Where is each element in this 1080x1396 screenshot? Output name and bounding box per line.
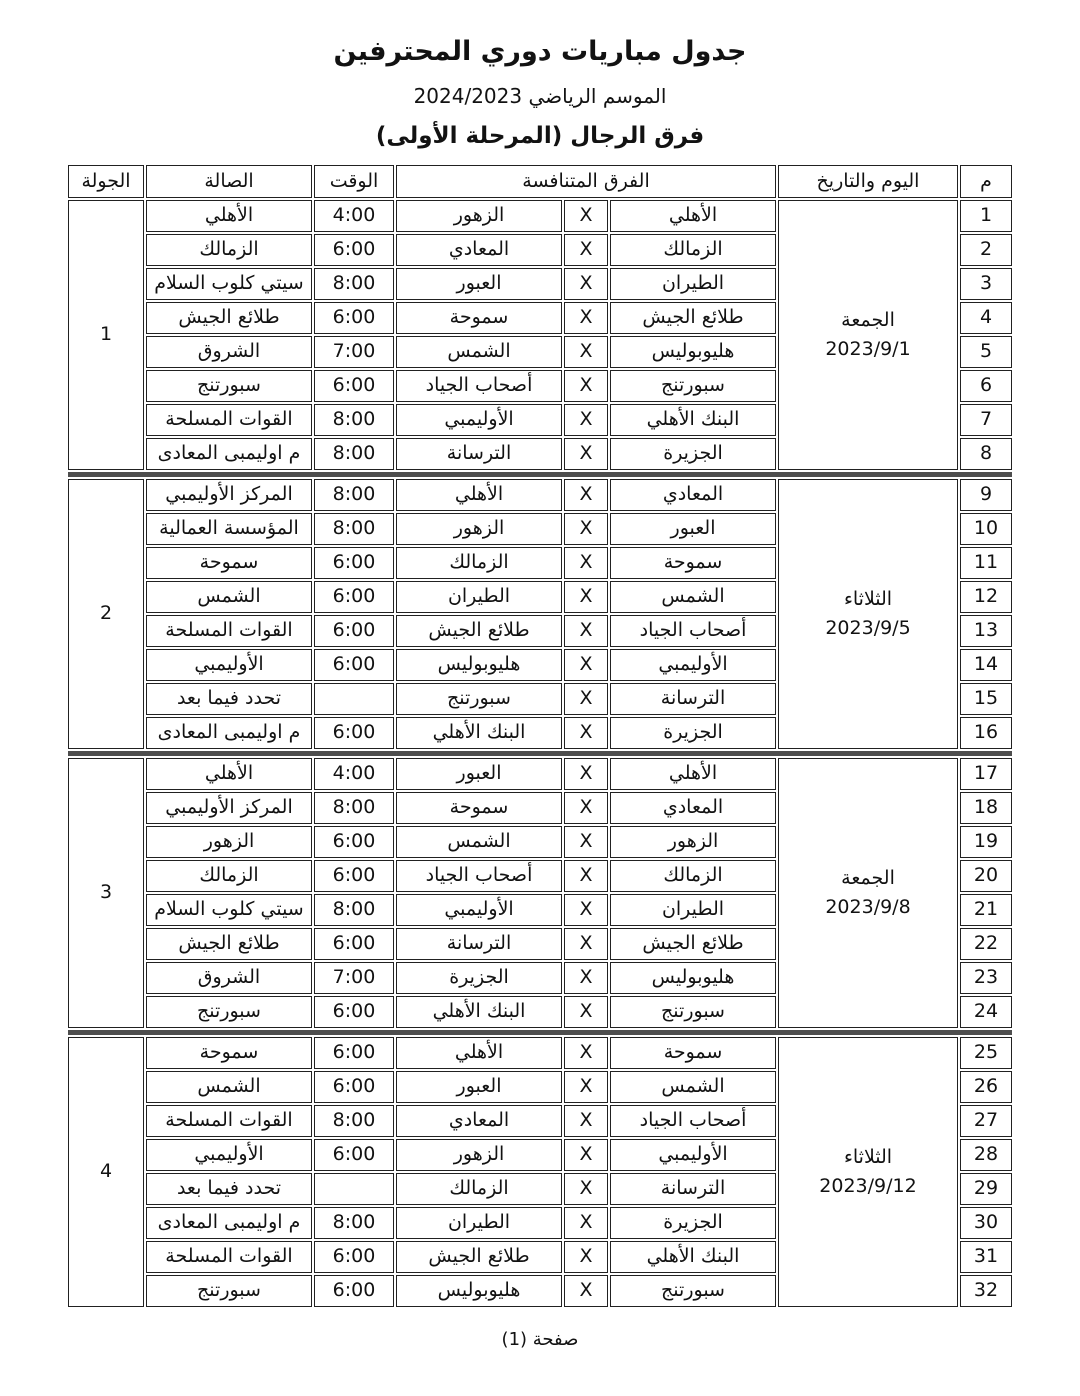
first-team: هليوبوليس xyxy=(610,962,776,994)
col-header-round: الجولة xyxy=(68,165,144,198)
match-number: 1 xyxy=(960,200,1012,232)
match-time: 6:00 xyxy=(314,234,394,266)
match-number: 25 xyxy=(960,1037,1012,1069)
match-time: 6:00 xyxy=(314,1275,394,1307)
second-team: هليوبوليس xyxy=(396,1275,562,1307)
hall-name: طلائع الجيش xyxy=(146,302,312,334)
second-team: الأوليمبي xyxy=(396,404,562,436)
match-time: 6:00 xyxy=(314,860,394,892)
match-number: 15 xyxy=(960,683,1012,715)
hall-name: القوات المسلحة xyxy=(146,1241,312,1273)
date-value: 2023/9/1 xyxy=(781,339,955,360)
page-number: صفحة (1) xyxy=(0,1329,1080,1350)
match-time xyxy=(314,683,394,715)
match-time: 6:00 xyxy=(314,928,394,960)
second-team: الزمالك xyxy=(396,547,562,579)
vs-mark: X xyxy=(564,513,608,545)
day-name: الثلاثاء xyxy=(781,589,955,610)
vs-mark: X xyxy=(564,1037,608,1069)
first-team: البنك الأهلي xyxy=(610,404,776,436)
vs-mark: X xyxy=(564,302,608,334)
hall-name: الشروق xyxy=(146,962,312,994)
match-number: 14 xyxy=(960,649,1012,681)
match-time: 8:00 xyxy=(314,479,394,511)
date-value: 2023/9/5 xyxy=(781,618,955,639)
vs-mark: X xyxy=(564,894,608,926)
match-time: 6:00 xyxy=(314,547,394,579)
match-number: 17 xyxy=(960,758,1012,790)
first-team: الأوليمبي xyxy=(610,649,776,681)
vs-mark: X xyxy=(564,1071,608,1103)
first-team: الزهور xyxy=(610,826,776,858)
match-number: 12 xyxy=(960,581,1012,613)
second-team: الشمس xyxy=(396,826,562,858)
first-team: سبورتنج xyxy=(610,996,776,1028)
vs-mark: X xyxy=(564,758,608,790)
day-date-cell: الثلاثاء2023/9/12 xyxy=(778,1037,958,1307)
match-number: 24 xyxy=(960,996,1012,1028)
second-team: سبورتنج xyxy=(396,683,562,715)
first-team: أصحاب الجياد xyxy=(610,615,776,647)
match-number: 29 xyxy=(960,1173,1012,1205)
hall-name: الزمالك xyxy=(146,234,312,266)
second-team: الترسانة xyxy=(396,438,562,470)
match-number: 10 xyxy=(960,513,1012,545)
first-team: الجزيرة xyxy=(610,438,776,470)
second-team: الطيران xyxy=(396,1207,562,1239)
day-name: الجمعة xyxy=(781,868,955,889)
first-team: طلائع الجيش xyxy=(610,302,776,334)
match-time: 4:00 xyxy=(314,200,394,232)
second-team: البنك الأهلي xyxy=(396,717,562,749)
vs-mark: X xyxy=(564,336,608,368)
match-time: 4:00 xyxy=(314,758,394,790)
schedule-table: م اليوم والتاريخ الفرق المتنافسة الوقت ا… xyxy=(66,163,1014,1309)
vs-mark: X xyxy=(564,962,608,994)
second-team: أصحاب الجياد xyxy=(396,860,562,892)
day-date-cell: الجمعة2023/9/1 xyxy=(778,200,958,470)
hall-name: المركز الأوليمبي xyxy=(146,792,312,824)
vs-mark: X xyxy=(564,683,608,715)
match-time: 6:00 xyxy=(314,1071,394,1103)
first-team: الأهلي xyxy=(610,758,776,790)
vs-mark: X xyxy=(564,860,608,892)
match-number: 11 xyxy=(960,547,1012,579)
second-team: الزمالك xyxy=(396,1173,562,1205)
hall-name: سبورتنج xyxy=(146,1275,312,1307)
match-time: 6:00 xyxy=(314,717,394,749)
hall-name: الأوليمبي xyxy=(146,1139,312,1171)
vs-mark: X xyxy=(564,826,608,858)
first-team: الجزيرة xyxy=(610,717,776,749)
hall-name: الشروق xyxy=(146,336,312,368)
match-time: 6:00 xyxy=(314,1139,394,1171)
match-number: 6 xyxy=(960,370,1012,402)
second-team: المعادي xyxy=(396,234,562,266)
first-team: الترسانة xyxy=(610,683,776,715)
vs-mark: X xyxy=(564,928,608,960)
match-time: 6:00 xyxy=(314,302,394,334)
first-team: العبور xyxy=(610,513,776,545)
vs-mark: X xyxy=(564,547,608,579)
first-team: هليوبوليس xyxy=(610,336,776,368)
header-row: م اليوم والتاريخ الفرق المتنافسة الوقت ا… xyxy=(68,165,1012,198)
match-number: 9 xyxy=(960,479,1012,511)
second-team: أصحاب الجياد xyxy=(396,370,562,402)
second-team: طلائع الجيش xyxy=(396,1241,562,1273)
first-team: أصحاب الجياد xyxy=(610,1105,776,1137)
hall-name: سموحة xyxy=(146,1037,312,1069)
match-time: 7:00 xyxy=(314,962,394,994)
match-time: 6:00 xyxy=(314,1241,394,1273)
match-time: 8:00 xyxy=(314,792,394,824)
hall-name: الزمالك xyxy=(146,860,312,892)
match-number: 18 xyxy=(960,792,1012,824)
match-number: 5 xyxy=(960,336,1012,368)
col-header-teams: الفرق المتنافسة xyxy=(396,165,776,198)
col-header-hall: الصالة xyxy=(146,165,312,198)
match-time: 8:00 xyxy=(314,894,394,926)
hall-name: سبورتنج xyxy=(146,996,312,1028)
match-number: 3 xyxy=(960,268,1012,300)
schedule-table-body: 1الجمعة2023/9/1الأهليXالزهور4:00الأهلي12… xyxy=(68,200,1012,1307)
match-number: 26 xyxy=(960,1071,1012,1103)
hall-name: الشمس xyxy=(146,1071,312,1103)
second-team: الأهلي xyxy=(396,1037,562,1069)
day-date-cell: الجمعة2023/9/8 xyxy=(778,758,958,1028)
match-time: 6:00 xyxy=(314,649,394,681)
second-team: العبور xyxy=(396,268,562,300)
hall-name: الأهلي xyxy=(146,758,312,790)
round-number: 1 xyxy=(68,200,144,470)
vs-mark: X xyxy=(564,479,608,511)
hall-name: المركز الأوليمبي xyxy=(146,479,312,511)
first-team: سموحة xyxy=(610,1037,776,1069)
vs-mark: X xyxy=(564,649,608,681)
match-time: 8:00 xyxy=(314,1207,394,1239)
hall-name: تحدد فيما بعد xyxy=(146,1173,312,1205)
first-team: الجزيرة xyxy=(610,1207,776,1239)
second-team: هليوبوليس xyxy=(396,649,562,681)
second-team: الزهور xyxy=(396,1139,562,1171)
group-separator xyxy=(68,472,1012,477)
hall-name: الزهور xyxy=(146,826,312,858)
vs-mark: X xyxy=(564,1173,608,1205)
date-value: 2023/9/12 xyxy=(781,1176,955,1197)
match-number: 16 xyxy=(960,717,1012,749)
second-team: الشمس xyxy=(396,336,562,368)
match-number: 8 xyxy=(960,438,1012,470)
hall-name: م اوليمبى المعادى xyxy=(146,717,312,749)
match-number: 21 xyxy=(960,894,1012,926)
vs-mark: X xyxy=(564,404,608,436)
second-team: الأهلي xyxy=(396,479,562,511)
second-team: الزهور xyxy=(396,200,562,232)
second-team: طلائع الجيش xyxy=(396,615,562,647)
second-team: البنك الأهلي xyxy=(396,996,562,1028)
match-row: 25الثلاثاء2023/9/12سموحةXالأهلي6:00سموحة… xyxy=(68,1037,1012,1069)
hall-name: الأوليمبي xyxy=(146,649,312,681)
first-team: سبورتنج xyxy=(610,1275,776,1307)
group-separator-bar xyxy=(68,1030,1012,1035)
match-number: 19 xyxy=(960,826,1012,858)
match-number: 27 xyxy=(960,1105,1012,1137)
first-team: الطيران xyxy=(610,268,776,300)
first-team: الشمس xyxy=(610,1071,776,1103)
match-time: 7:00 xyxy=(314,336,394,368)
vs-mark: X xyxy=(564,1105,608,1137)
first-team: سبورتنج xyxy=(610,370,776,402)
second-team: المعادي xyxy=(396,1105,562,1137)
first-team: الشمس xyxy=(610,581,776,613)
hall-name: سيتي كلوب السلام xyxy=(146,894,312,926)
second-team: الترسانة xyxy=(396,928,562,960)
group-separator xyxy=(68,1030,1012,1035)
match-time: 6:00 xyxy=(314,615,394,647)
match-time: 6:00 xyxy=(314,826,394,858)
match-time: 8:00 xyxy=(314,438,394,470)
first-team: الأوليمبي xyxy=(610,1139,776,1171)
vs-mark: X xyxy=(564,996,608,1028)
match-number: 7 xyxy=(960,404,1012,436)
match-time: 8:00 xyxy=(314,1105,394,1137)
day-name: الثلاثاء xyxy=(781,1147,955,1168)
match-number: 32 xyxy=(960,1275,1012,1307)
vs-mark: X xyxy=(564,615,608,647)
vs-mark: X xyxy=(564,1241,608,1273)
first-team: المعادي xyxy=(610,792,776,824)
vs-mark: X xyxy=(564,370,608,402)
match-time xyxy=(314,1173,394,1205)
match-number: 28 xyxy=(960,1139,1012,1171)
group-separator xyxy=(68,751,1012,756)
hall-name: الأهلي xyxy=(146,200,312,232)
first-team: الطيران xyxy=(610,894,776,926)
hall-name: المؤسسة العمالية xyxy=(146,513,312,545)
match-number: 13 xyxy=(960,615,1012,647)
match-time: 6:00 xyxy=(314,996,394,1028)
vs-mark: X xyxy=(564,1139,608,1171)
vs-mark: X xyxy=(564,438,608,470)
second-team: العبور xyxy=(396,1071,562,1103)
hall-name: تحدد فيما بعد xyxy=(146,683,312,715)
vs-mark: X xyxy=(564,792,608,824)
match-number: 22 xyxy=(960,928,1012,960)
first-team: الزمالك xyxy=(610,860,776,892)
season-subtitle: الموسم الرياضي 2024/2023 xyxy=(0,84,1080,108)
document-title: جدول مباريات دوري المحترفين xyxy=(0,0,1080,67)
vs-mark: X xyxy=(564,234,608,266)
vs-mark: X xyxy=(564,1275,608,1307)
group-separator-bar xyxy=(68,751,1012,756)
second-team: الزهور xyxy=(396,513,562,545)
match-time: 8:00 xyxy=(314,513,394,545)
hall-name: طلائع الجيش xyxy=(146,928,312,960)
first-team: الأهلي xyxy=(610,200,776,232)
second-team: الجزيرة xyxy=(396,962,562,994)
vs-mark: X xyxy=(564,717,608,749)
col-header-time: الوقت xyxy=(314,165,394,198)
second-team: الطيران xyxy=(396,581,562,613)
match-time: 8:00 xyxy=(314,404,394,436)
match-time: 6:00 xyxy=(314,1037,394,1069)
match-time: 8:00 xyxy=(314,268,394,300)
second-team: العبور xyxy=(396,758,562,790)
hall-name: الشمس xyxy=(146,581,312,613)
round-number: 3 xyxy=(68,758,144,1028)
first-team: البنك الأهلي xyxy=(610,1241,776,1273)
group-separator-bar xyxy=(68,472,1012,477)
stage-heading: فرق الرجال (المرحلة الأولى) xyxy=(0,123,1080,149)
round-number: 2 xyxy=(68,479,144,749)
first-team: الزمالك xyxy=(610,234,776,266)
match-row: 1الجمعة2023/9/1الأهليXالزهور4:00الأهلي1 xyxy=(68,200,1012,232)
round-number: 4 xyxy=(68,1037,144,1307)
day-date-cell: الثلاثاء2023/9/5 xyxy=(778,479,958,749)
match-time: 6:00 xyxy=(314,581,394,613)
first-team: الترسانة xyxy=(610,1173,776,1205)
vs-mark: X xyxy=(564,1207,608,1239)
col-header-number: م xyxy=(960,165,1012,198)
second-team: الأوليمبي xyxy=(396,894,562,926)
hall-name: القوات المسلحة xyxy=(146,404,312,436)
match-time: 6:00 xyxy=(314,370,394,402)
second-team: سموحة xyxy=(396,792,562,824)
document-page: جدول مباريات دوري المحترفين الموسم الريا… xyxy=(0,0,1080,1396)
match-number: 30 xyxy=(960,1207,1012,1239)
match-number: 4 xyxy=(960,302,1012,334)
match-row: 9الثلاثاء2023/9/5المعاديXالأهلي8:00المرك… xyxy=(68,479,1012,511)
date-value: 2023/9/8 xyxy=(781,897,955,918)
hall-name: القوات المسلحة xyxy=(146,615,312,647)
vs-mark: X xyxy=(564,200,608,232)
first-team: طلائع الجيش xyxy=(610,928,776,960)
first-team: المعادي xyxy=(610,479,776,511)
hall-name: م اوليمبى المعادى xyxy=(146,438,312,470)
second-team: سموحة xyxy=(396,302,562,334)
match-number: 2 xyxy=(960,234,1012,266)
match-number: 20 xyxy=(960,860,1012,892)
match-row: 17الجمعة2023/9/8الأهليXالعبور4:00الأهلي3 xyxy=(68,758,1012,790)
match-number: 23 xyxy=(960,962,1012,994)
hall-name: سيتي كلوب السلام xyxy=(146,268,312,300)
hall-name: م اوليمبى المعادى xyxy=(146,1207,312,1239)
vs-mark: X xyxy=(564,581,608,613)
vs-mark: X xyxy=(564,268,608,300)
hall-name: القوات المسلحة xyxy=(146,1105,312,1137)
hall-name: سبورتنج xyxy=(146,370,312,402)
col-header-day-date: اليوم والتاريخ xyxy=(778,165,958,198)
hall-name: سموحة xyxy=(146,547,312,579)
match-number: 31 xyxy=(960,1241,1012,1273)
day-name: الجمعة xyxy=(781,310,955,331)
first-team: سموحة xyxy=(610,547,776,579)
